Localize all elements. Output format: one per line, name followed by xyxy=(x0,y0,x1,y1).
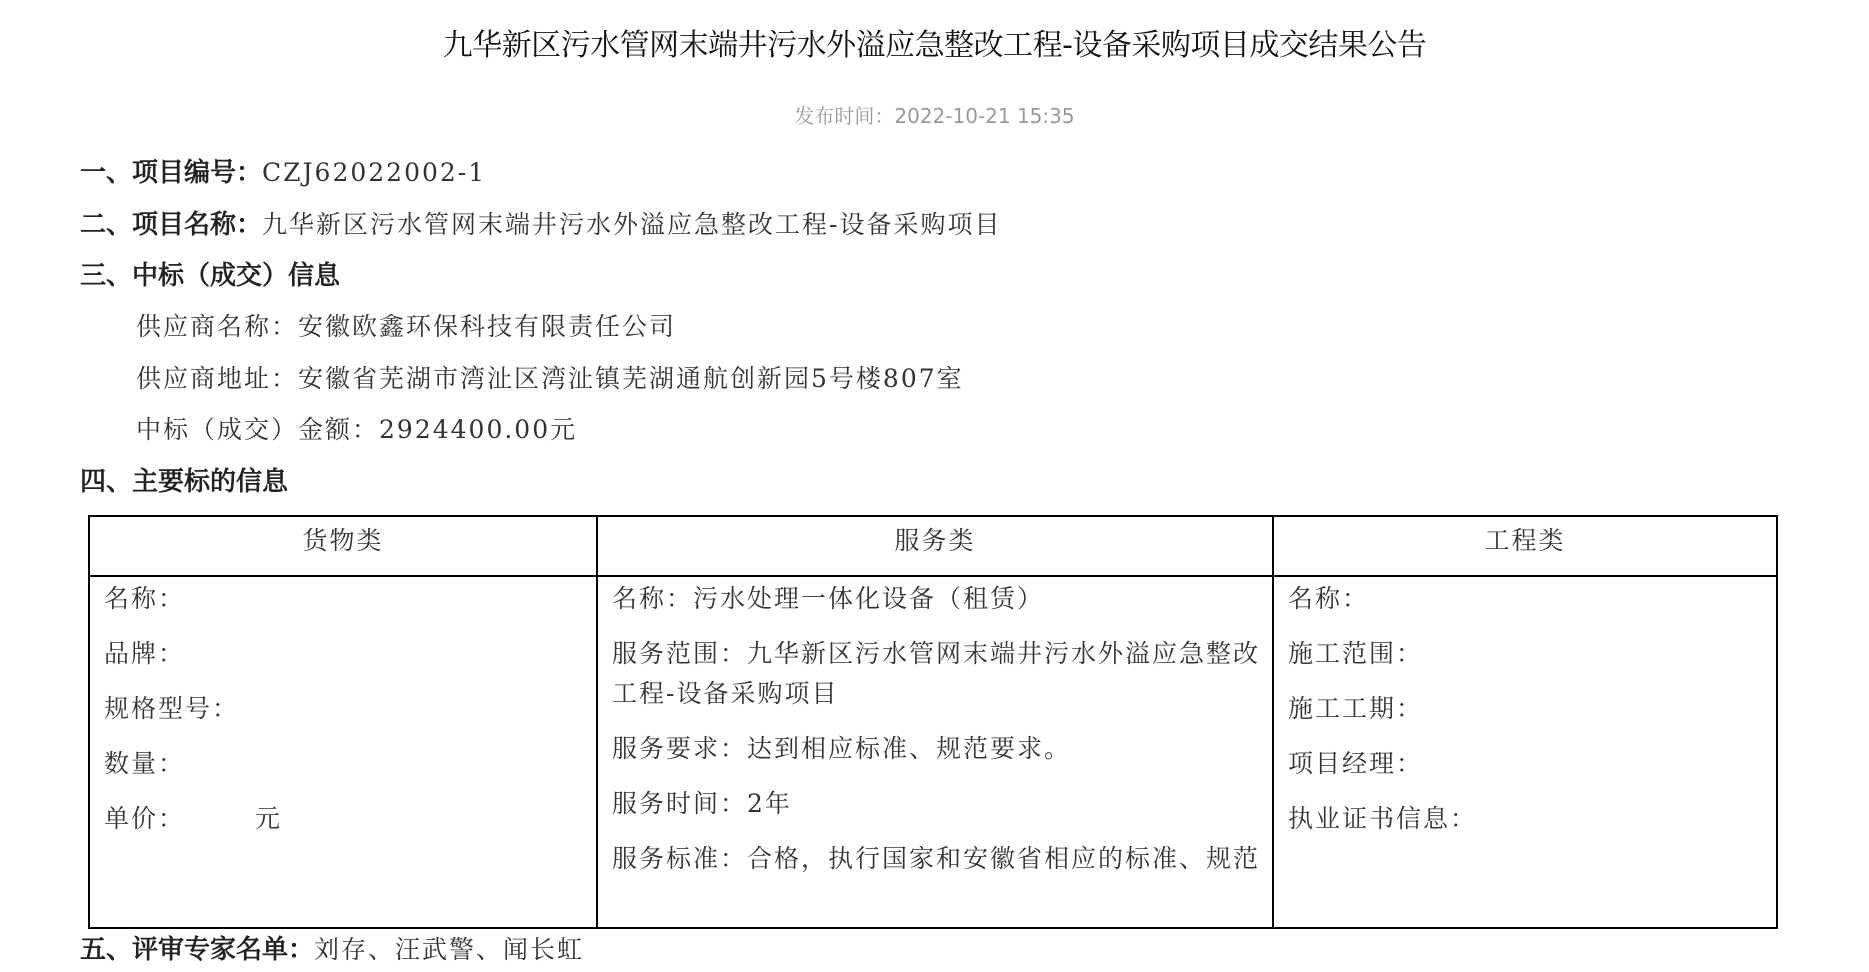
table-row: 名称： 品牌： 规格型号： 数量： 单价：元 名称：污水处理一体化设备（租赁） … xyxy=(89,576,1777,928)
experts-label: 五、评审专家名单： xyxy=(80,935,314,965)
goods-unit-price-unit: 元 xyxy=(255,804,282,833)
project-name-label: 二、项目名称： xyxy=(80,210,262,240)
engineering-period: 施工工期： xyxy=(1288,689,1764,729)
goods-spec: 规格型号： xyxy=(104,689,584,729)
project-name-row: 二、项目名称：九华新区污水管网末端井污水外溢应急整改工程-设备采购项目 xyxy=(80,205,1001,245)
service-time: 服务时间：2年 xyxy=(612,784,1260,824)
supplier-address-label: 供应商地址： xyxy=(136,364,298,393)
project-number-value: CZJ62022002-1 xyxy=(262,158,486,187)
experts-value: 刘存、汪武警、闻长虹 xyxy=(314,935,584,964)
engineering-manager: 项目经理： xyxy=(1288,744,1764,784)
engineering-license: 执业证书信息： xyxy=(1288,799,1764,839)
project-number-label: 一、项目编号： xyxy=(80,158,262,188)
supplier-name-label: 供应商名称： xyxy=(136,312,298,341)
award-amount-row: 中标（成交）金额：2924400.00元 xyxy=(136,410,577,450)
supplier-address-value: 安徽省芜湖市湾沚区湾沚镇芜湖通航创新园5号楼807室 xyxy=(298,364,964,393)
goods-unit-price: 单价：元 xyxy=(104,799,584,839)
engineering-cell: 名称： 施工范围： 施工工期： 项目经理： 执业证书信息： xyxy=(1273,576,1777,928)
main-items-table: 货物类 服务类 工程类 名称： 品牌： 规格型号： 数量： 单价：元 名称：污水… xyxy=(88,515,1778,929)
goods-quantity: 数量： xyxy=(104,744,584,784)
service-standard: 服务标准：合格，执行国家和安徽省相应的标准、规范 xyxy=(612,839,1260,879)
goods-cell: 名称： 品牌： 规格型号： 数量： 单价：元 xyxy=(89,576,597,928)
project-number-row: 一、项目编号：CZJ62022002-1 xyxy=(80,153,486,193)
goods-name: 名称： xyxy=(104,579,584,619)
service-cell: 名称：污水处理一体化设备（租赁） 服务范围：九华新区污水管网末端井污水外溢应急整… xyxy=(597,576,1273,928)
award-info-label: 三、中标（成交）信息 xyxy=(80,261,340,291)
main-items-label: 四、主要标的信息 xyxy=(80,467,288,497)
header-goods: 货物类 xyxy=(89,516,597,576)
award-amount-label: 中标（成交）金额： xyxy=(136,415,379,444)
table-header-row: 货物类 服务类 工程类 xyxy=(89,516,1777,576)
award-amount-value: 2924400.00元 xyxy=(379,415,577,444)
header-service: 服务类 xyxy=(597,516,1273,576)
engineering-scope: 施工范围： xyxy=(1288,634,1764,674)
publish-time: 发布时间：2022-10-21 15:35 xyxy=(0,102,1869,130)
header-engineering: 工程类 xyxy=(1273,516,1777,576)
experts-row: 五、评审专家名单：刘存、汪武警、闻长虹 xyxy=(80,930,584,970)
service-scope: 服务范围：九华新区污水管网末端井污水外溢应急整改工程-设备采购项目 xyxy=(612,634,1260,714)
service-name: 名称：污水处理一体化设备（租赁） xyxy=(612,579,1260,619)
award-info-heading: 三、中标（成交）信息 xyxy=(80,256,340,296)
engineering-name: 名称： xyxy=(1288,579,1764,619)
goods-unit-price-label: 单价： xyxy=(104,804,185,833)
main-items-heading: 四、主要标的信息 xyxy=(80,462,288,502)
project-name-value: 九华新区污水管网末端井污水外溢应急整改工程-设备采购项目 xyxy=(262,210,1001,239)
page-title: 九华新区污水管网末端井污水外溢应急整改工程-设备采购项目成交结果公告 xyxy=(0,24,1869,68)
goods-brand: 品牌： xyxy=(104,634,584,674)
service-requirement: 服务要求：达到相应标准、规范要求。 xyxy=(612,729,1260,769)
supplier-address-row: 供应商地址：安徽省芜湖市湾沚区湾沚镇芜湖通航创新园5号楼807室 xyxy=(136,359,964,399)
supplier-name-row: 供应商名称：安徽欧鑫环保科技有限责任公司 xyxy=(136,307,676,347)
supplier-name-value: 安徽欧鑫环保科技有限责任公司 xyxy=(298,312,676,341)
